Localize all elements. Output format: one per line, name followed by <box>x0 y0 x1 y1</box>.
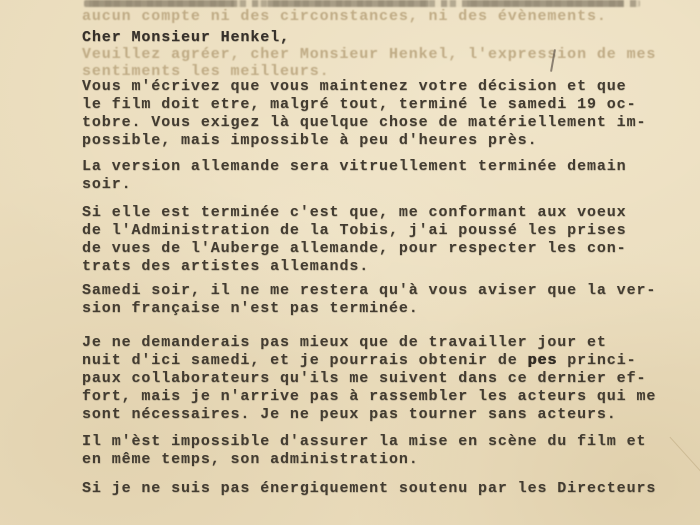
paragraph-7: Si je ne suis pas énergiquement soutenu … <box>82 480 656 498</box>
salutation: Cher Monsieur Henkel, <box>82 29 290 47</box>
bleedthrough-closing-line-1: Veuillez agréer, cher Monsieur Henkel, l… <box>82 46 656 64</box>
paragraph-3: Si elle est terminée c'est que, me confo… <box>82 204 627 276</box>
letter-page: aucun compte ni des circonstances, ni de… <box>0 0 700 525</box>
paragraph-1: Vous m'écrivez que vous maintenez votre … <box>82 78 646 150</box>
bleedthrough-cutoff-line <box>84 0 640 7</box>
paragraph-6: Il m'èst impossible d'assurer la mise en… <box>82 433 646 469</box>
paragraph-2: La version allemande sera vitruellement … <box>82 158 627 194</box>
paragraph-4: Samedi soir, il ne me restera qu'à vous … <box>82 282 656 318</box>
paragraph-5-overstruck-word: pes <box>528 352 558 369</box>
paper-crease <box>670 437 700 505</box>
bleedthrough-line: aucun compte ni des circonstances, ni de… <box>82 8 607 26</box>
paragraph-5: Je ne demanderais pas mieux que de trava… <box>82 334 656 424</box>
